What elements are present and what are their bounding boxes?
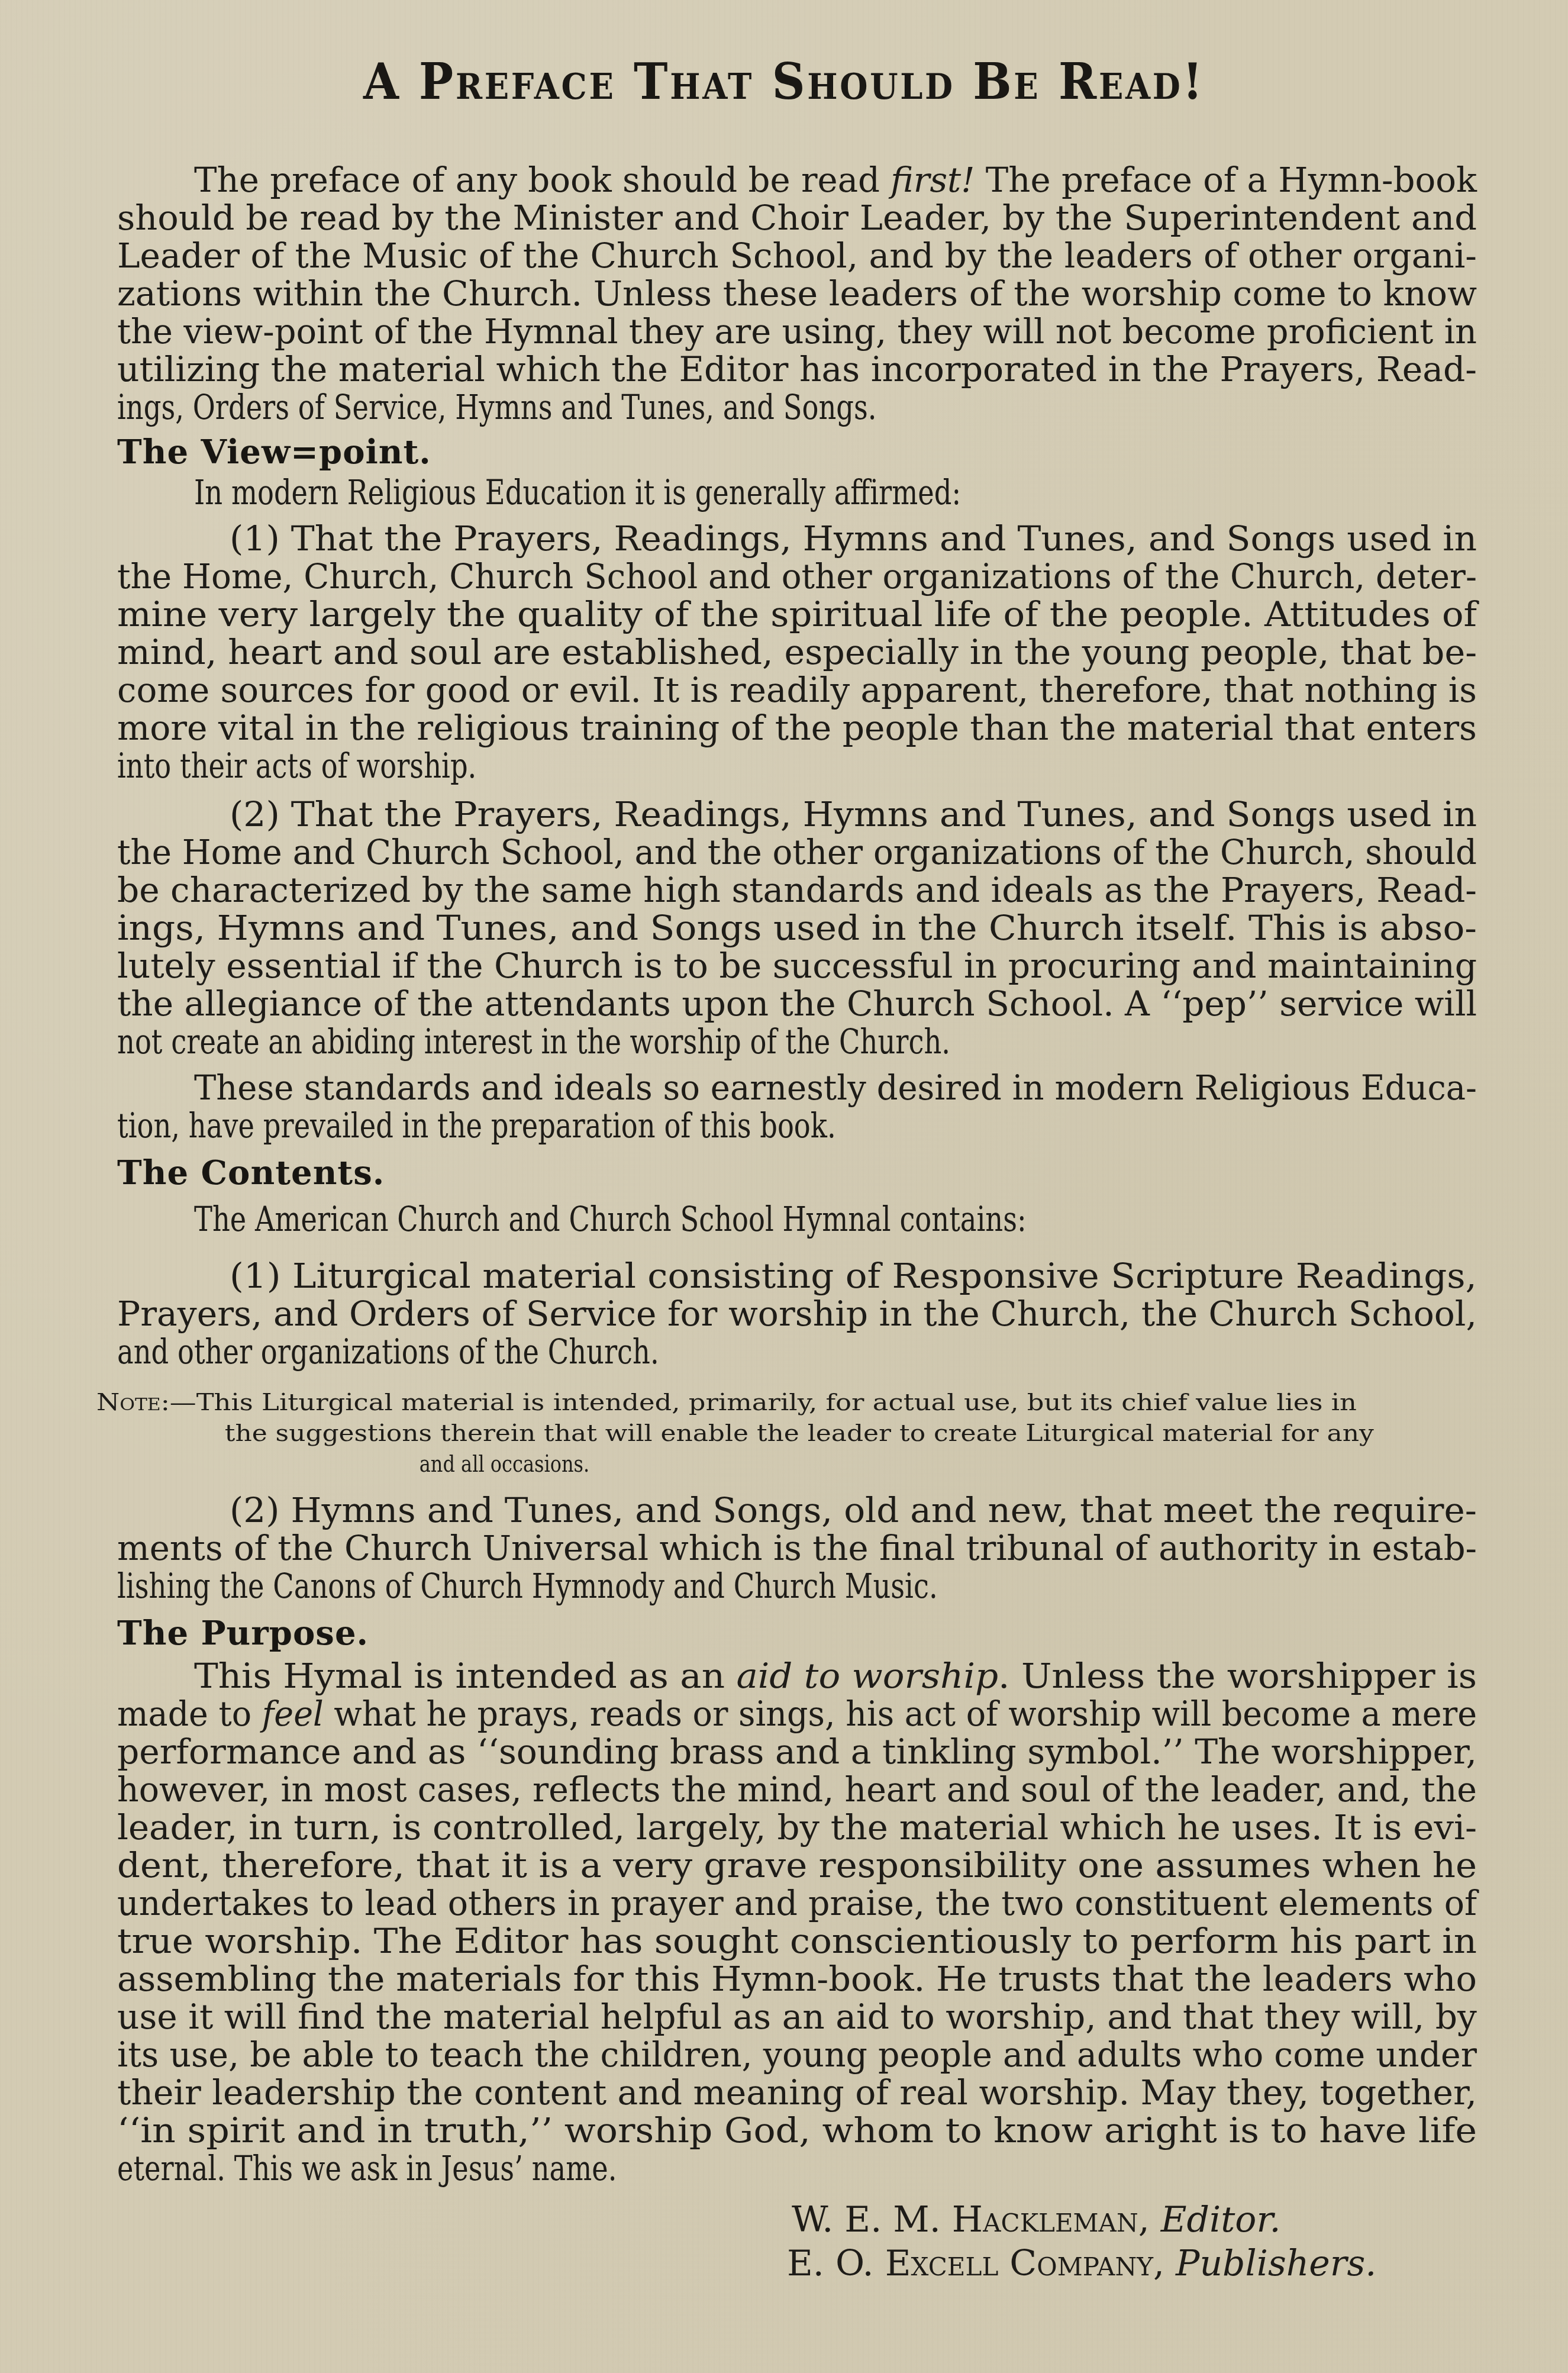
- purpose-line: use it will find the material helpful as…: [117, 1998, 1477, 2036]
- preface-page: A Preface That Should Be Read! The prefa…: [0, 0, 1568, 2373]
- purpose-line: its use, be able to teach the children, …: [117, 2036, 1477, 2074]
- intro-line: zations within the Church. Unless these …: [117, 275, 1477, 312]
- contents-item2-line: (2) Hymns and Tunes, and Songs, old and …: [230, 1491, 1477, 1529]
- emphasis: aid to worship: [736, 1656, 998, 1696]
- contents-item1-line: Prayers, and Orders of Service for worsh…: [117, 1295, 1477, 1333]
- emphasis: first!: [891, 160, 975, 200]
- viewpoint-point1-line: mind, heart and soul are established, es…: [117, 633, 1477, 671]
- viewpoint-point1-line: into their acts of worship.: [117, 747, 1477, 785]
- purpose-line: This Hymal is intended as an aid to wors…: [194, 1657, 1477, 1695]
- intro-line: Leader of the Music of the Church School…: [117, 237, 1477, 275]
- contents-item1-line: and other organizations of the Church.: [117, 1333, 1477, 1371]
- note-line: the suggestions therein that will enable…: [225, 1419, 1374, 1447]
- intro-line: The preface of any book should be read f…: [194, 161, 1477, 199]
- editor-name: W. E. M. Hackleman,: [792, 2199, 1150, 2240]
- signature-editor: W. E. M. Hackleman, Editor.: [792, 2199, 1281, 2240]
- contents-lead: The American Church and Church School Hy…: [194, 1200, 1477, 1238]
- contents-item2-line: ments of the Church Universal which is t…: [117, 1529, 1477, 1567]
- note-line: and all occasions.: [420, 1450, 1568, 1478]
- page-title: A Preface That Should Be Read!: [63, 52, 1505, 111]
- intro-line: utilizing the material which the Editor …: [117, 350, 1477, 388]
- purpose-line: dent, therefore, that it is a very grave…: [117, 1846, 1477, 1884]
- viewpoint-point2-line: (2) That the Prayers, Readings, Hymns an…: [230, 795, 1477, 833]
- viewpoint-point2-line: ings, Hymns and Tunes, and Songs used in…: [117, 909, 1477, 947]
- viewpoint-lead: In modern Religious Education it is gene…: [194, 473, 1477, 511]
- intro-line: ings, Orders of Service, Hymns and Tunes…: [117, 388, 1477, 426]
- contents-item2-line: lishing the Canons of Church Hymnody and…: [117, 1567, 1477, 1605]
- intro-line: should be read by the Minister and Choir…: [117, 199, 1477, 237]
- signature-publisher: E. O. Excell Company, Publishers.: [787, 2243, 1376, 2284]
- purpose-line: performance and as ‘‘sounding brass and …: [117, 1733, 1477, 1771]
- purpose-line: eternal. This we ask in Jesus’ name.: [117, 2149, 1477, 2187]
- publisher-role: Publishers.: [1176, 2243, 1376, 2284]
- purpose-line: ‘‘in spirit and in truth,’’ worship God,…: [117, 2111, 1477, 2149]
- purpose-line: made to feel what he prays, reads or sin…: [117, 1695, 1477, 1733]
- section-heading-purpose: The Purpose.: [117, 1614, 369, 1652]
- viewpoint-point2-line: lutely essential if the Church is to be …: [117, 947, 1477, 985]
- viewpoint-closing-line: tion, have prevailed in the preparation …: [117, 1107, 1477, 1144]
- viewpoint-point2-line: not create an abiding interest in the wo…: [117, 1023, 1477, 1060]
- publisher-name: E. O. Excell Company,: [787, 2243, 1164, 2284]
- purpose-line: however, in most cases, reflects the min…: [117, 1771, 1477, 1808]
- section-heading-viewpoint: The View=point.: [117, 433, 431, 471]
- purpose-line: undertakes to lead others in prayer and …: [117, 1884, 1477, 1922]
- purpose-line: true worship. The Editor has sought cons…: [117, 1922, 1477, 1960]
- viewpoint-point1-line: more vital in the religious training of …: [117, 709, 1477, 747]
- purpose-line: their leadership the content and meaning…: [117, 2074, 1477, 2111]
- section-heading-contents: The Contents.: [117, 1154, 385, 1192]
- purpose-line: assembling the materials for this Hymn-b…: [117, 1960, 1477, 1998]
- emphasis: feel: [262, 1694, 324, 1734]
- viewpoint-point1-line: the Home, Church, Church School and othe…: [117, 557, 1477, 595]
- viewpoint-point2-line: the Home and Church School, and the othe…: [117, 833, 1477, 871]
- note-line: Note:—This Liturgical material is intend…: [96, 1388, 1357, 1417]
- editor-role: Editor.: [1161, 2199, 1281, 2240]
- viewpoint-point2-line: be characterized by the same high standa…: [117, 871, 1477, 909]
- viewpoint-closing-line: These standards and ideals so earnestly …: [194, 1069, 1477, 1107]
- purpose-line: leader, in turn, is controlled, largely,…: [117, 1808, 1477, 1846]
- note-label: Note:: [96, 1389, 170, 1416]
- contents-item1-line: (1) Liturgical material consisting of Re…: [230, 1257, 1477, 1295]
- viewpoint-point2-line: the allegiance of the attendants upon th…: [117, 985, 1477, 1023]
- viewpoint-point1-line: come sources for good or evil. It is rea…: [117, 671, 1477, 709]
- viewpoint-point1-line: mine very largely the quality of the spi…: [117, 595, 1477, 633]
- viewpoint-point1-line: (1) That the Prayers, Readings, Hymns an…: [230, 520, 1477, 557]
- intro-line: the view-point of the Hymnal they are us…: [117, 312, 1477, 350]
